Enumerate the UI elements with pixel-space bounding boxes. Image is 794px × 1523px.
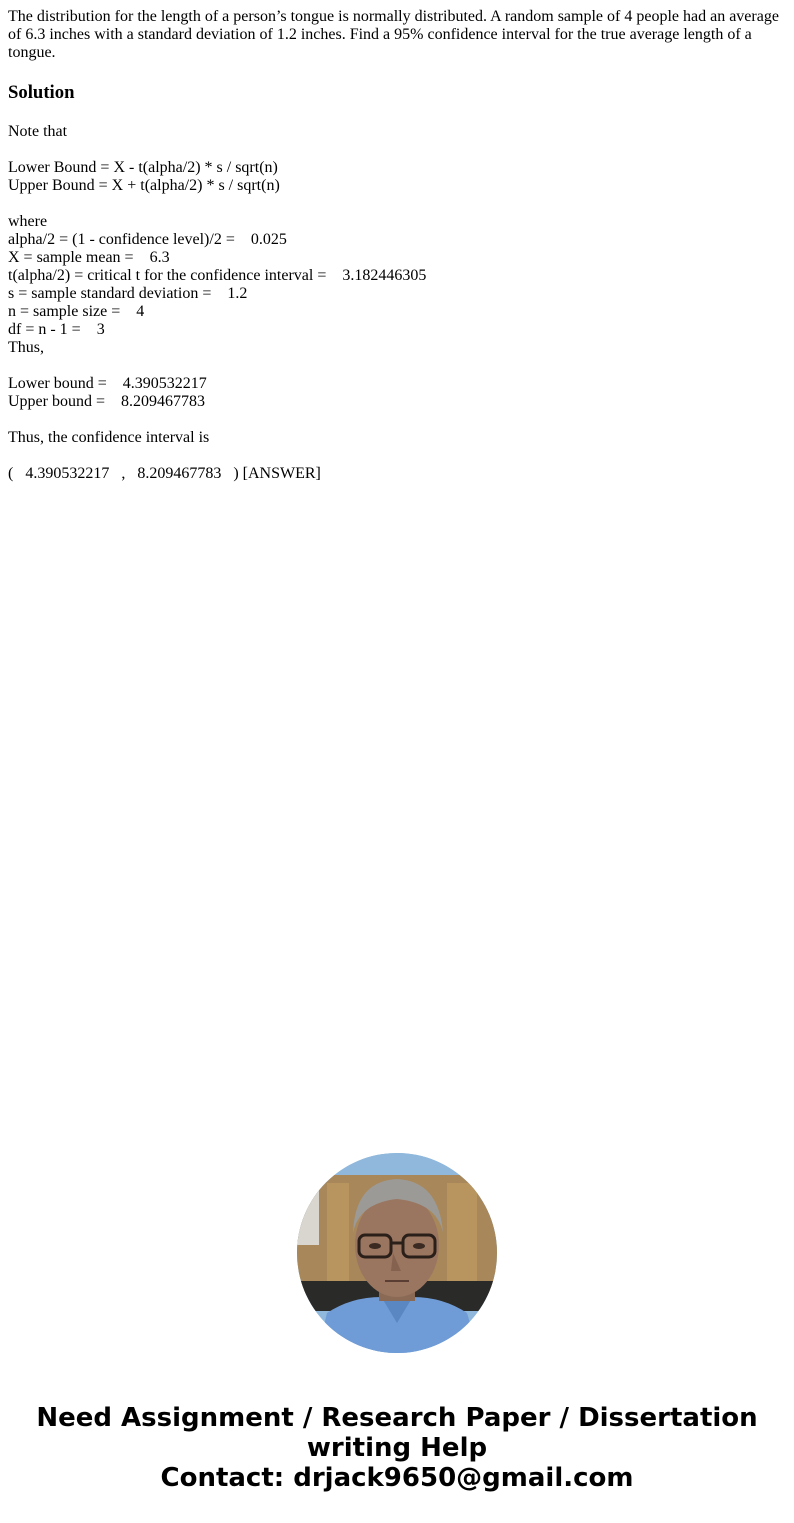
solution-line	[8, 447, 786, 465]
document-content: The distribution for the length of a per…	[8, 8, 786, 483]
solution-line: alpha/2 = (1 - confidence level)/2 = 0.0…	[8, 231, 786, 249]
solution-line	[8, 357, 786, 375]
author-photo-icon	[297, 1153, 497, 1353]
solution-line	[8, 195, 786, 213]
solution-line: n = sample size = 4	[8, 303, 786, 321]
solution-line: t(alpha/2) = critical t for the confiden…	[8, 267, 786, 285]
solution-line: df = n - 1 = 3	[8, 321, 786, 339]
author-avatar	[297, 1153, 497, 1353]
solution-body: Note thatLower Bound = X - t(alpha/2) * …	[8, 123, 786, 483]
promo-line-2: writing Help	[0, 1433, 794, 1463]
solution-line: Upper bound = 8.209467783	[8, 393, 786, 411]
solution-heading: Solution	[8, 82, 786, 104]
solution-line: Lower bound = 4.390532217	[8, 375, 786, 393]
solution-line	[8, 141, 786, 159]
solution-line: where	[8, 213, 786, 231]
solution-line: Thus, the confidence interval is	[8, 429, 786, 447]
promo-line-1: Need Assignment / Research Paper / Disse…	[0, 1403, 794, 1433]
solution-line: X = sample mean = 6.3	[8, 249, 786, 267]
promo-contact: Contact: drjack9650@gmail.com	[0, 1463, 794, 1493]
solution-line	[8, 411, 786, 429]
promo-banner: Need Assignment / Research Paper / Disse…	[0, 1403, 794, 1493]
question-text: The distribution for the length of a per…	[8, 8, 786, 62]
solution-line: Lower Bound = X - t(alpha/2) * s / sqrt(…	[8, 159, 786, 177]
solution-line: s = sample standard deviation = 1.2	[8, 285, 786, 303]
solution-line: Note that	[8, 123, 786, 141]
solution-line: Thus,	[8, 339, 786, 357]
solution-line: ( 4.390532217 , 8.209467783 ) [ANSWER]	[8, 465, 786, 483]
solution-line: Upper Bound = X + t(alpha/2) * s / sqrt(…	[8, 177, 786, 195]
